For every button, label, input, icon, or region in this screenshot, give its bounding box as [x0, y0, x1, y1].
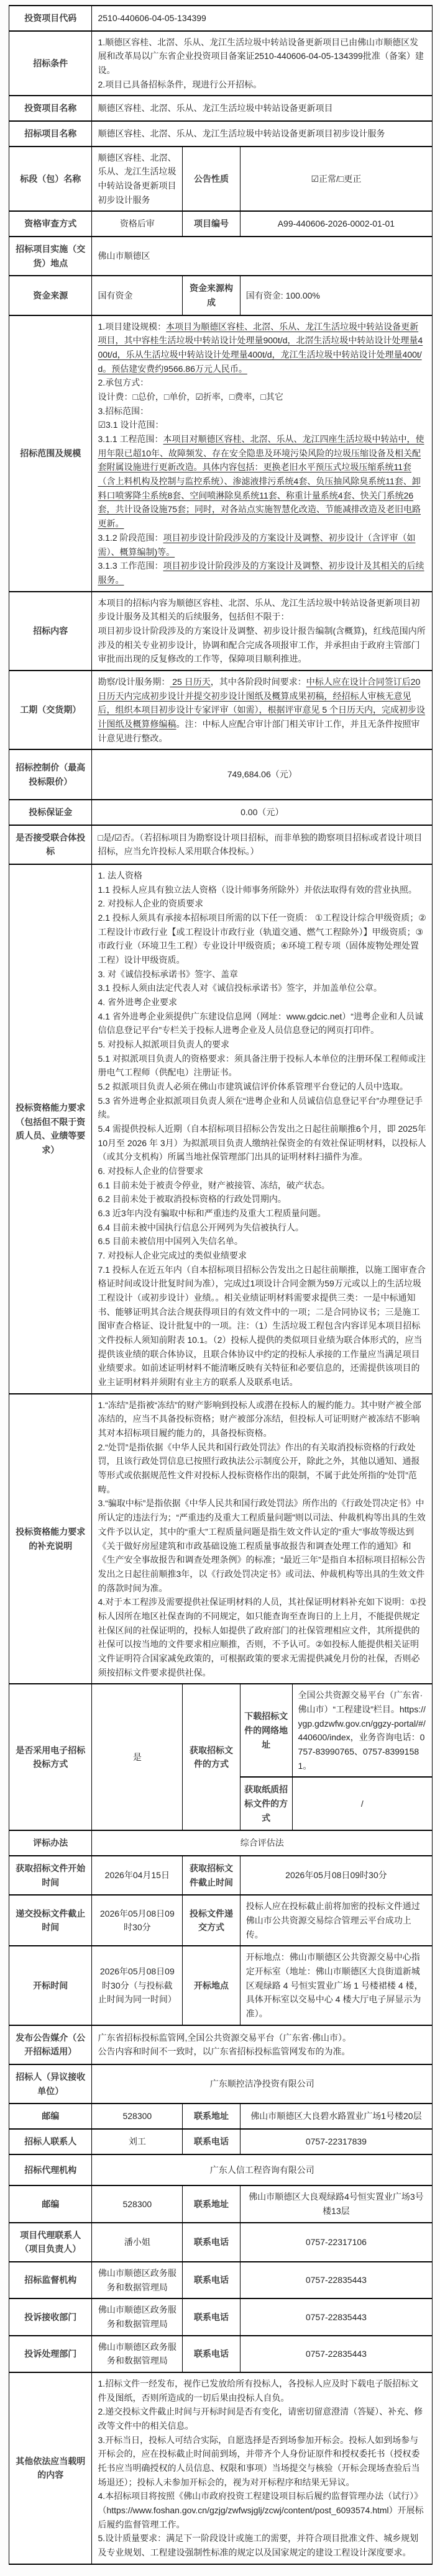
text-line: 设计费：□总价，□单价，☑折率，□费率，□其它: [98, 390, 426, 404]
other-required-content-label: 其他依法应当载明的内容: [9, 2372, 92, 2564]
bid-deposit-value: 0.00（元）: [92, 800, 433, 825]
table-row-announcement-media: 发布公告媒介（公开招标适用）广东省招标投标监管网,全国公共资源交易平台（广东省·…: [9, 2025, 433, 2064]
electronic-bidding-label: 是否采用电子招标投标方式: [9, 1684, 92, 1830]
plain-text: 3.1.3 工作范围：: [98, 561, 163, 571]
text-line: 1.“冻结”是指被“冻结”的财产影响到投标人或潜在投标人的履约能力。其中财产被全…: [98, 1398, 426, 1440]
plain-text: 勘察/设计服务期：: [98, 677, 170, 687]
table-row-bidder-qualification-requirements: 投标资格能力要求（包括但不限于资质人员、业绩等要求）1. 法人资格1.1 投标人…: [9, 864, 433, 1394]
complaint-handling-phone-value: 0757-22835443: [240, 2336, 432, 2372]
tenderer-contact-label: 招标人联系人: [9, 2129, 92, 2154]
text-line: 3.“骗取中标”是指依据《中华人民共和国行政处罚法》所作出的《行政处罚决定书》中…: [98, 1496, 426, 1595]
bidding-agency-label: 招标代理机构: [9, 2154, 92, 2186]
table-row-agency-contact: 项目代理联系人（项目负责人）潘小姐联系电话0757-22317106: [9, 2223, 433, 2262]
document-obtain-start-time-label: 获取招标文件开始时间: [9, 1856, 92, 1895]
supervision-phone-label: 联系电话: [183, 2262, 241, 2298]
tenderer-phone-value: 0757-22317839: [240, 2129, 432, 2154]
table-row-complaint-receiving-department: 投诉接收部门佛山市顺德区政务服务和数据管理局联系电话0757-22835443: [9, 2298, 433, 2335]
bid-submission-method-value: 投标人应在投标截止前将加密的投标文件通过佛山市公共资源交易综合管理云平台成功上传…: [240, 1895, 432, 1946]
agency-phone-value: 0757-22317106: [240, 2223, 432, 2262]
bid-conditions-label: 招标条件: [9, 31, 92, 96]
bid-announcement-page: 投资项目代码2510-440606-04-05-134399招标条件1.顺德区容…: [0, 0, 440, 2576]
fund-source-composition-label: 资金来源构成: [183, 276, 241, 315]
complaint-handling-department-label: 投诉处理部门: [9, 2336, 92, 2372]
plain-text: ，其中各阶段时间要求：: [211, 677, 306, 687]
bidder-qualification-requirements-value: 1. 法人资格1.1 投标人应具有独立法人资格（设计师事务所除外）并依法取得有效…: [92, 864, 433, 1394]
text-line: 1.招标文件一经发布，视作已发放给所有投标人，各投标人应及时下载电子版招标文件及…: [98, 2377, 426, 2405]
bid-project-name-label: 招标项目名称: [9, 121, 92, 147]
bid-control-price-label: 招标控制价（最高投标限价）: [9, 749, 92, 800]
announcement-nature-label: 公告性质: [183, 147, 241, 212]
agency-contact-value: 潘小姐: [92, 2223, 183, 2262]
bid-content-label: 招标内容: [9, 592, 92, 671]
table-row-investment-project-name: 投资项目名称顺德区容桂、北滘、乐从、龙江生活垃圾中转站设备更新项目: [9, 96, 433, 121]
text-line: 2.1 投标人须具有承接本招标项目所需的以下任一资质： ①工程设计综合甲级资质；…: [98, 911, 426, 967]
paper-document-method-label: 获取纸质招标文件的方式: [240, 1777, 292, 1830]
document-obtain-start-time-value: 2026年04月15日: [92, 1856, 183, 1895]
investment-project-name-value: 顺德区容桂、北滘、乐从、龙江生活垃圾中转站设备更新项目: [92, 96, 433, 121]
text-line: 项目初步设计阶段涉及的方案设计及调整、初步设计报告编制(含概算)，红线范围内所涉…: [98, 624, 426, 666]
table-row-tenderer: 招标人（异议接收单位）广东顺控洁净投资有限公司: [9, 2064, 433, 2104]
text-line: 3.招标范围：: [98, 404, 426, 418]
table-row-bid-project-name: 招标项目名称顺德区容桂、北滘、乐从、龙江生活垃圾中转站设备更新项目初步设计服务: [9, 121, 433, 147]
bid-table-body: 投资项目代码2510-440606-04-05-134399招标条件1.顺德区容…: [9, 6, 433, 2564]
complaint-handling-department-value: 佛山市顺德区政务服务和数据管理局: [92, 2336, 183, 2372]
table-row-delivery-location: 招标项目实施（交货）地点佛山市顺德区: [9, 237, 433, 276]
text-line: ☑3.1 设计范围：: [98, 418, 426, 432]
text-line: 5.4 需提供投标人近期（自本招标项目招标公告发出之日起往前顺推6个月，即 20…: [98, 1122, 426, 1164]
table-row-complaint-handling-department: 投诉处理部门佛山市顺德区政务服务和数据管理局联系电话0757-22835443: [9, 2336, 433, 2372]
electronic-bidding-value: 是: [92, 1684, 183, 1830]
download-url-label: 下载招标文件的网络地址: [240, 1684, 292, 1777]
bid-scope-and-scale-label: 招标范围及规模: [9, 315, 92, 592]
supervision-authority-label: 招标监督机构: [9, 2262, 92, 2298]
bid-opening-time-label: 开标时间: [9, 1946, 92, 2025]
bid-conditions-value: 1.顺德区容桂、北滘、乐从、龙江生活垃圾中转站设备更新项目已由佛山市顺德区发展和…: [92, 31, 433, 96]
table-row-qualification-supplementary-notes: 投标资格能力要求的补充说明1.“冻结”是指被“冻结”的财产影响到投标人或潜在投标…: [9, 1394, 433, 1684]
text-line: 3. 对《诚信投标承诺书》签字、盖章: [98, 967, 426, 982]
text-line: 6.3 近3年内没有骗取中标和严重违约及重大工程质量问题。: [98, 1206, 426, 1221]
text-line: 4.1 省外进粤企业须提供广东建设信息网（网址：www.gdcic.net）“进…: [98, 1010, 426, 1037]
bidder-qualification-requirements-label: 投标资格能力要求（包括但不限于资质人员、业绩等要求）: [9, 864, 92, 1394]
plain-text: 3.1.1 工程范围：: [98, 434, 163, 444]
announcement-media-label: 发布公告媒介（公开招标适用）: [9, 2025, 92, 2064]
text-line: 1.项目建设规模：本项目为顺德区容桂、北滘、乐从、龙江生活垃圾中转站设备更新项目…: [98, 320, 426, 376]
delivery-location-value: 佛山市顺德区: [92, 237, 433, 276]
tenderer-phone-label: 联系电话: [183, 2129, 241, 2154]
construction-period-label: 工期（交货期）: [9, 671, 92, 749]
text-line: 2.项目已具备招标条件，现进行公开招标。: [98, 78, 426, 92]
document-obtain-deadline-value: 2026年05月08日09时30分: [240, 1856, 432, 1895]
tenderer-address-value: 佛山市顺德区大良碧水路置业广场1号楼20层: [240, 2104, 432, 2129]
text-line: 4.本招标项目将按照《佛山市政府投资工程建设项目标后履约监督管理办法（试行）》（…: [98, 2489, 426, 2531]
bid-submission-method-label: 投标文件递交方式: [183, 1895, 241, 1946]
supervision-phone-value: 0757-22835443: [240, 2262, 432, 2298]
supervision-authority-value: 佛山市顺德区政务服务和数据管理局: [92, 2262, 183, 2298]
bid-submission-deadline-label: 递交投标文件截止时间: [9, 1895, 92, 1946]
table-row-investment-project-code: 投资项目代码2510-440606-04-05-134399: [9, 6, 433, 31]
text-line: 6.2 目前未处于被取消投标资格的行政处罚期内。: [98, 1192, 426, 1206]
complaint-receiving-department-value: 佛山市顺德区政务服务和数据管理局: [92, 2298, 183, 2335]
text-line: 2.“处罚”是指依据《中华人民共和国行政处罚法》作出的有关取消投标资格的行政处罚…: [98, 1440, 426, 1497]
bid-scope-and-scale-value: 1.项目建设规模：本项目为顺德区容桂、北滘、乐从、龙江生活垃圾中转站设备更新项目…: [92, 315, 433, 592]
table-row-other-required-content: 其他依法应当载明的内容1.招标文件一经发布，视作已发放给所有投标人，各投标人应及…: [9, 2372, 433, 2564]
fund-source-label: 资金来源: [9, 276, 92, 315]
agency-postcode-value: 528300: [92, 2185, 183, 2222]
table-row-section-package-name: 标段（包）名称顺德区容桂、北滘、乐从、龙江生活垃圾中转站设备更新项目初步设计服务…: [9, 147, 433, 212]
text-line: 4. 省外进粤企业要求: [98, 995, 426, 1010]
evaluation-method-label: 评标办法: [9, 1830, 92, 1856]
table-row-bid-submission-deadline: 递交投标文件截止时间2026年05月08日09时30分投标文件递交方式投标人应在…: [9, 1895, 433, 1946]
table-row-construction-period: 工期（交货期）勘察/设计服务期： 25 日历天，其中各阶段时间要求：中标人应在设…: [9, 671, 433, 749]
consortium-bidding-value: □是/☑否。（若招标项目为勘察设计项目招标，而非单独的勘察项目招标或者设计项目招…: [92, 825, 433, 864]
text-line: 5. 对投标人拟派项目负责人的要求: [98, 1037, 426, 1052]
tenderer-label: 招标人（异议接收单位）: [9, 2064, 92, 2104]
table-row-qualification-review-method: 资格审查方式资格后审项目编号A99-440606-2026-0002-01-01: [9, 211, 433, 237]
text-line: 2. 对投标人企业的资质要求: [98, 897, 426, 911]
table-row-electronic-bidding: 是否采用电子招标投标方式是获取招标文件的方式下载招标文件的网络地址全国公共资源交…: [9, 1684, 433, 1777]
paper-document-method-value: /: [292, 1777, 432, 1830]
qualification-review-method-value: 资格后审: [92, 211, 183, 237]
table-row-bid-content: 招标内容本项目的招标内容为顺德区容桂、北滘、乐从、龙江生活垃圾中转站设备更新项目…: [9, 592, 433, 671]
investment-project-code-value: 2510-440606-04-05-134399: [92, 6, 433, 31]
fund-source-composition-value: 国有资金: 100.00%: [240, 276, 432, 315]
bid-opening-place-value: 开标地点：佛山市顺德区公共资源交易中心指定开标室（地址：佛山市顺德区大良街道新城…: [240, 1946, 432, 2025]
complaint-handling-phone-label: 联系电话: [183, 2336, 241, 2372]
table-row-supervision-authority: 招标监督机构佛山市顺德区政务服务和数据管理局联系电话0757-22835443: [9, 2262, 433, 2298]
bid-submission-deadline-value: 2026年05月08日09时30分: [92, 1895, 183, 1946]
announcement-media-value: 广东省招标投标监管网,全国公共资源交易平台（广东省·佛山市）。公告内容和时间不一…: [92, 2025, 433, 2064]
qualification-supplementary-notes-value: 1.“冻结”是指被“冻结”的财产影响到投标人或潜在投标人的履约能力。其中财产被全…: [92, 1394, 433, 1684]
table-row-bid-scope-and-scale: 招标范围及规模1.项目建设规模：本项目为顺德区容桂、北滘、乐从、龙江生活垃圾中转…: [9, 315, 433, 592]
table-row-consortium-bidding: 是否接受联合体投标□是/☑否。（若招标项目为勘察设计项目招标，而非单独的勘察项目…: [9, 825, 433, 864]
complaint-receiving-phone-label: 联系电话: [183, 2298, 241, 2335]
text-line: 7.1 投标人在近五年内（自本招标项目招标公告发出之日起往前顺推，以施工图审查合…: [98, 1263, 426, 1390]
table-row-tenderer-contact: 招标人联系人刘工联系电话0757-22317839: [9, 2129, 433, 2154]
text-line: 5.设计质量要求：满足下一阶段设计或施工的需要，并符合项目批准文件、城乡规划及专…: [98, 2531, 426, 2559]
section-package-name-value: 顺德区容桂、北滘、乐从、龙江生活垃圾中转站设备更新项目初步设计服务: [92, 147, 183, 212]
text-line: 6.4 目前未被中国执行信息公开网列为失信被执行人。: [98, 1221, 426, 1235]
investment-project-name-label: 投资项目名称: [9, 96, 92, 121]
table-row-bid-control-price: 招标控制价（最高投标限价）749,684.06（元）: [9, 749, 433, 800]
text-line: 6. 对投标人企业的信誉要求: [98, 1164, 426, 1178]
text-line: 3.1 投标人须由法定代表人对《诚信投标承诺书》签字，并加盖单位公章。: [98, 981, 426, 995]
filled-blank-text: 25 日历天: [170, 677, 210, 687]
text-line: 1. 法人资格: [98, 869, 426, 883]
qualification-review-method-label: 资格审查方式: [9, 211, 92, 237]
plain-text: 3.1.2 阶段范围：: [98, 533, 163, 543]
text-line: 勘察/设计服务期： 25 日历天，其中各阶段时间要求：中标人应在设计合同签订后2…: [98, 675, 426, 745]
plain-text: 1.项目建设规模：: [98, 322, 166, 332]
table-row-evaluation-method: 评标办法综合评估法: [9, 1830, 433, 1856]
bid-content-value: 本项目的招标内容为顺德区容桂、北滘、乐从、龙江生活垃圾中转站设备更新项目初步设计…: [92, 592, 433, 671]
announcement-nature-value: ☑正常/□更正: [240, 147, 432, 212]
bidding-agency-value: 广东人信工程咨询有限公司: [92, 2154, 433, 2186]
table-row-bidding-agency: 招标代理机构广东人信工程咨询有限公司: [9, 2154, 433, 2186]
document-obtain-deadline-label: 获取招标文件截止时间: [183, 1856, 241, 1895]
text-line: 3.开标当日，投标人可结合实际，自愿选择是否到场参加开标会。投标人如到场参与开标…: [98, 2433, 426, 2490]
consortium-bidding-label: 是否接受联合体投标: [9, 825, 92, 864]
table-row-bid-opening-time: 开标时间2026年05月08日09时30分（与投标截止时间为同一时间）开标地点开…: [9, 1946, 433, 2025]
tenderer-postcode-label: 邮编: [9, 2104, 92, 2129]
text-line: 1.1 投标人应具有独立法人资格（设计师事务所除外）并依法取得有效的营业执照。: [98, 883, 426, 897]
construction-period-value: 勘察/设计服务期： 25 日历天，其中各阶段时间要求：中标人应在设计合同签订后2…: [92, 671, 433, 749]
document-obtain-method-label: 获取招标文件的方式: [183, 1684, 241, 1830]
text-line: 1.顺德区容桂、北滘、乐从、龙江生活垃圾中转站设备更新项目已由佛山市顺德区发展和…: [98, 35, 426, 78]
project-number-label: 项目编号: [183, 211, 241, 237]
agency-address-label: 联系地址: [183, 2185, 241, 2222]
text-line: 本项目的招标内容为顺德区容桂、北滘、乐从、龙江生活垃圾中转站设备更新项目初步设计…: [98, 596, 426, 624]
complaint-receiving-department-label: 投诉接收部门: [9, 2298, 92, 2335]
agency-postcode-label: 邮编: [9, 2185, 92, 2222]
text-line: 4.对于本工程涉及需要提供社保证明材料的人员，其社保证明材料补充如下说明：①投标…: [98, 1595, 426, 1679]
other-required-content-value: 1.招标文件一经发布，视作已发放给所有投标人，各投标人应及时下载电子版招标文件及…: [92, 2372, 433, 2564]
text-line: 3.1.2 阶段范围：项目初步设计阶段涉及的方案设计及调整、初步设计（含评审（如…: [98, 531, 426, 559]
text-line: 广东省招标投标监管网,全国公共资源交易平台（广东省·佛山市）。: [98, 2031, 426, 2045]
text-line: 7. 对投标人企业完成过的类似业绩要求: [98, 1249, 426, 1263]
section-package-name-label: 标段（包）名称: [9, 147, 92, 212]
table-row-bid-deposit: 投标保证金0.00（元）: [9, 800, 433, 825]
complaint-receiving-phone-value: 0757-22835443: [240, 2298, 432, 2335]
delivery-location-label: 招标项目实施（交货）地点: [9, 237, 92, 276]
text-line: 5.2 拟派项目负责人必须在佛山市建筑诚信评价体系管理平台登记的人员中选取。: [98, 1080, 426, 1094]
tenderer-postcode-value: 528300: [92, 2104, 183, 2129]
bid-opening-place-label: 开标地点: [183, 1946, 241, 2025]
bid-project-name-value: 顺德区容桂、北滘、乐从、龙江生活垃圾中转站设备更新项目初步设计服务: [92, 121, 433, 147]
table-row-bid-conditions: 招标条件1.顺德区容桂、北滘、乐从、龙江生活垃圾中转站设备更新项目已由佛山市顺德…: [9, 31, 433, 96]
text-line: 5.3 省外进粤企业拟派项目负责人须在“进粤企业和人员诚信信息登记平台”办理登记…: [98, 1094, 426, 1122]
project-number-value: A99-440606-2026-0002-01-01: [240, 211, 432, 237]
text-line: 公告内容和时间不一致时，以广东省招标投标监管网发布的为准。: [98, 2045, 426, 2059]
agency-address-value: 佛山市顺德区大良观绿路4号恒实置业广场3号楼13层: [240, 2185, 432, 2222]
table-row-document-obtain-start-time: 获取招标文件开始时间2026年04月15日获取招标文件截止时间2026年05月0…: [9, 1856, 433, 1895]
investment-project-code-label: 投资项目代码: [9, 6, 92, 31]
evaluation-method-value: 综合评估法: [92, 1830, 433, 1856]
text-line: 6.5 目前未被信用中国列入失信名单。: [98, 1234, 426, 1249]
bid-deposit-label: 投标保证金: [9, 800, 92, 825]
text-line: 2.递交投标文件截止时间与开标时间是否有变化，请密切留意澄清（答疑）、补充、修改…: [98, 2405, 426, 2433]
qualification-supplementary-notes-label: 投标资格能力要求的补充说明: [9, 1394, 92, 1684]
bid-control-price-value: 749,684.06（元）: [92, 749, 433, 800]
download-url-value: 全国公共资源交易平台（广东省·佛山市）“工程建设”栏目。https://ygp.…: [292, 1684, 432, 1777]
text-line: 6.1 目前未处于被责令停业，财产被接管、冻结，破产状态。: [98, 1178, 426, 1193]
agency-contact-label: 项目代理联系人（项目负责人）: [9, 2223, 92, 2262]
tenderer-contact-value: 刘工: [92, 2129, 183, 2154]
text-line: 2.承包方式：: [98, 376, 426, 390]
tenderer-value: 广东顺控洁净投资有限公司: [92, 2064, 433, 2104]
agency-phone-label: 联系电话: [183, 2223, 241, 2262]
filled-blank-text: 本项目对顺德区容桂、北滘、乐从、龙江四座生活垃圾中转站中，使用年限已超10年、故…: [98, 434, 424, 528]
bid-announcement-table: 投资项目代码2510-440606-04-05-134399招标条件1.顺德区容…: [9, 5, 433, 2565]
fund-source-value: 国有资金: [92, 276, 183, 315]
text-line: 5.1 对拟派项目负责人的资格要求：须具备注册于投标人本单位的注册环保工程师或注…: [98, 1052, 426, 1080]
text-line: 3.1.3 工作范围：项目初步设计阶段涉及的方案设计及调整、初步设计及其相关的后…: [98, 559, 426, 587]
bid-opening-time-value: 2026年05月08日09时30分（与投标截止时间为同一时间）: [92, 1946, 183, 2025]
table-row-agency-postcode: 邮编528300联系地址佛山市顺德区大良观绿路4号恒实置业广场3号楼13层: [9, 2185, 433, 2222]
tenderer-address-label: 联系地址: [183, 2104, 241, 2129]
table-row-fund-source: 资金来源国有资金资金来源构成国有资金: 100.00%: [9, 276, 433, 315]
table-row-tenderer-postcode: 邮编528300联系地址佛山市顺德区大良碧水路置业广场1号楼20层: [9, 2104, 433, 2129]
text-line: 3.1.1 工程范围：本项目对顺德区容桂、北滘、乐从、龙江四座生活垃圾中转站中，…: [98, 432, 426, 531]
